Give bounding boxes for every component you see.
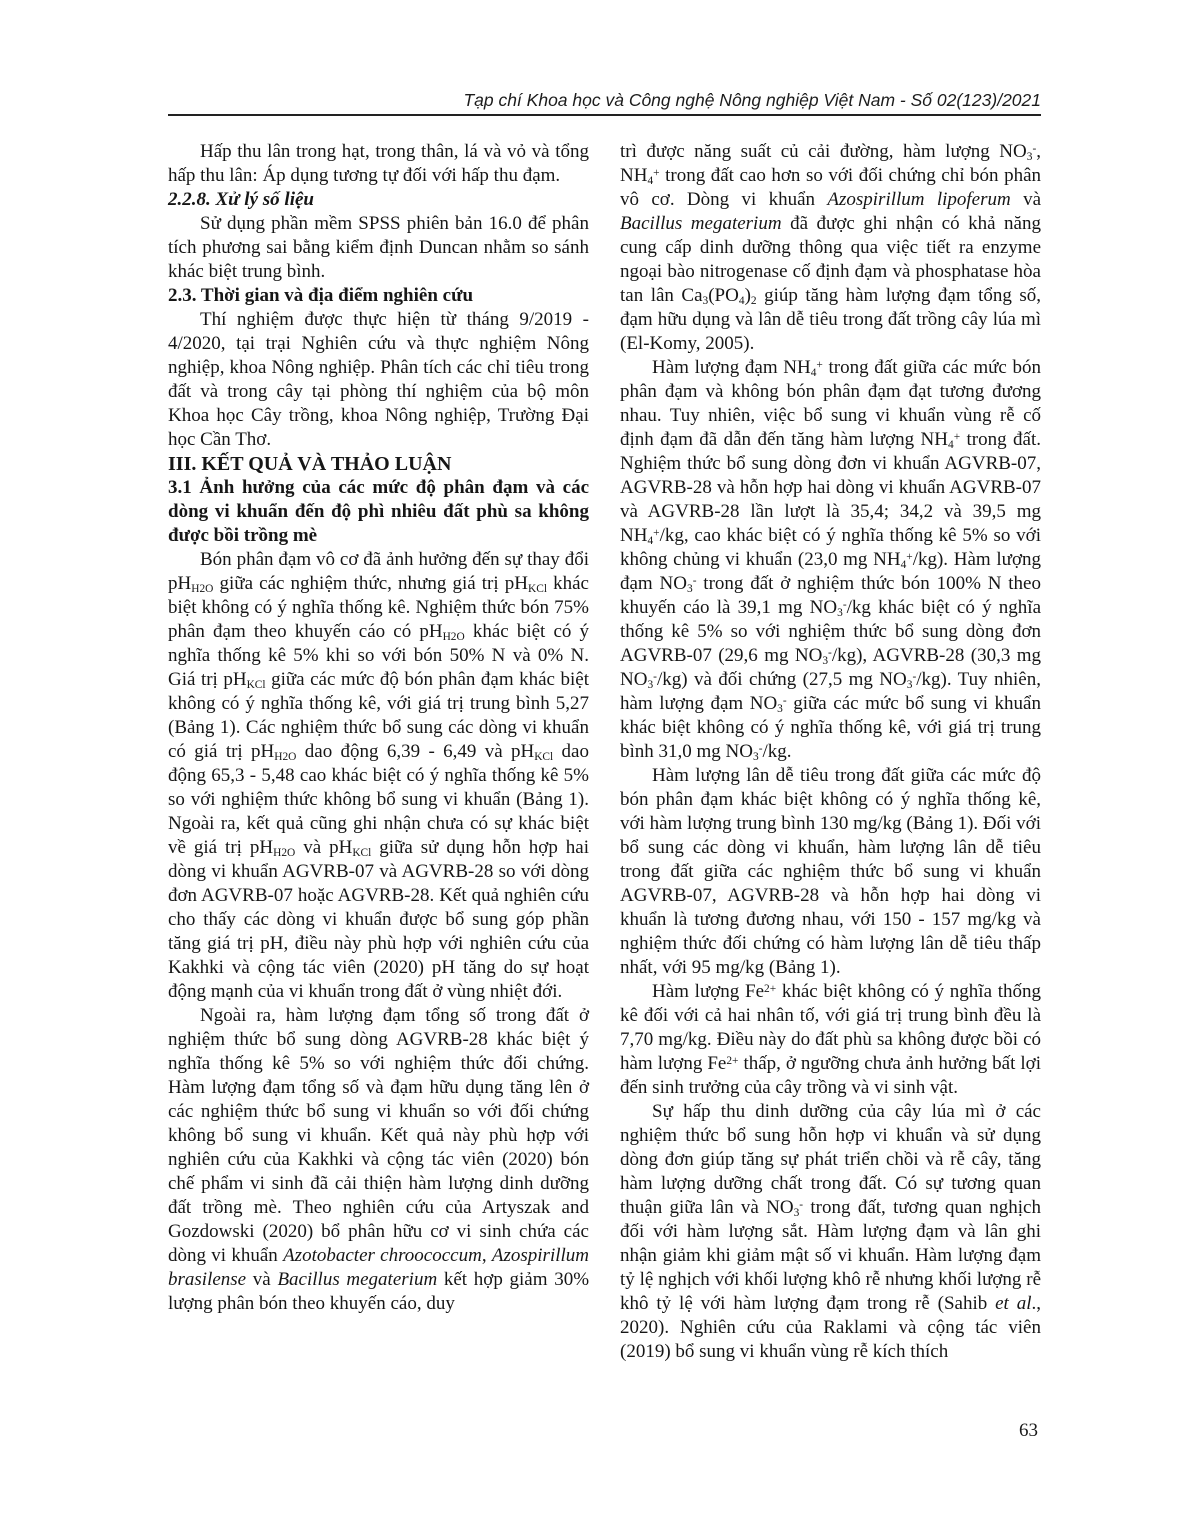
text-run: KCl [528, 583, 547, 595]
text-run: Sử dụng phần mềm SPSS phiên bản 16.0 để … [168, 213, 589, 282]
text-run: KCl [534, 751, 553, 763]
paragraph: Ngoài ra, hàm lượng đạm tổng số trong đấ… [168, 1004, 589, 1316]
paragraph: Hàm lượng đạm NH4+ trong đất giữa các mứ… [620, 356, 1041, 764]
left-column: Hấp thu lân trong hạt, trong thân, lá và… [168, 140, 589, 1364]
paragraph: Sử dụng phần mềm SPSS phiên bản 16.0 để … [168, 212, 589, 284]
text-run: KCl [247, 679, 266, 691]
text-run: (PO [708, 285, 739, 306]
text-run: Hấp thu lân trong hạt, trong thân, lá và… [168, 141, 589, 186]
text-run: giữa các nghiệm thức, nhưng giá trị pH [213, 573, 528, 594]
text-run: + [816, 359, 822, 371]
text-run: 2 [751, 295, 757, 307]
text-run: Hàm lượng lân dễ tiêu trong đất giữa các… [620, 765, 1041, 978]
text-run: + [954, 431, 960, 443]
text-run: - [799, 1199, 803, 1211]
text-run: 2+ [726, 1055, 738, 1067]
text-run: Hàm lượng Fe [652, 981, 764, 1002]
page-number: 63 [1019, 1420, 1038, 1442]
right-column: trì được năng suất củ cải đường, hàm lượ… [620, 140, 1041, 1364]
text-run: + [653, 167, 659, 179]
heading: III. KẾT QUẢ VÀ THẢO LUẬN [168, 452, 589, 476]
heading: 3.1 Ảnh hưởng của các mức độ phân đạm và… [168, 476, 589, 548]
text-run: 3 [687, 583, 693, 595]
text-run: trì được năng suất củ cải đường, hàm lượ… [620, 141, 1027, 162]
text-run: 3 [703, 295, 709, 307]
journal-page: Tạp chí Khoa học và Công nghệ Nông nghiệ… [0, 0, 1190, 1540]
paragraph: Thí nghiệm được thực hiện từ tháng 9/201… [168, 308, 589, 452]
text-run: H2O [443, 631, 465, 643]
header-rule [168, 114, 1041, 116]
text-run: và pH [295, 837, 352, 858]
paragraph: trì được năng suất củ cải đường, hàm lượ… [620, 140, 1041, 356]
text-run: KCl [352, 847, 371, 859]
text-run: 2.3. Thời gian và địa điểm nghiên cứu [168, 285, 473, 306]
text-run: - [693, 575, 697, 587]
text-run: , [482, 1245, 492, 1266]
text-run: Hàm lượng đạm NH [652, 357, 811, 378]
text-run: /kg. [763, 741, 792, 762]
content-columns: Hấp thu lân trong hạt, trong thân, lá và… [168, 140, 1041, 1364]
text-run: + [653, 527, 659, 539]
text-run: 2.2.8. Xử lý số liệu [168, 189, 314, 210]
journal-title: Tạp chí Khoa học và Công nghệ Nông nghiệ… [463, 90, 1041, 110]
text-run: 3.1 Ảnh hưởng của các mức độ phân đạm và… [168, 477, 589, 546]
text-run: + [906, 551, 912, 563]
paragraph: Hàm lượng Fe2+ khác biệt không có ý nghĩ… [620, 980, 1041, 1100]
text-run: giữa sử dụng hỗn hợp hai dòng vi khuẩn A… [168, 837, 589, 1002]
text-run: Azospirillum lipoferum [827, 189, 1010, 210]
text-run: 4 [948, 439, 954, 451]
text-run: - [653, 671, 657, 683]
paragraph: Hấp thu lân trong hạt, trong thân, lá và… [168, 140, 589, 188]
heading: 2.3. Thời gian và địa điểm nghiên cứu [168, 284, 589, 308]
heading: 2.2.8. Xử lý số liệu [168, 188, 589, 212]
text-run: - [912, 671, 916, 683]
text-run: 3 [837, 607, 843, 619]
text-run: ) [745, 285, 751, 306]
paragraph: Bón phân đạm vô cơ đã ảnh hưởng đến sự t… [168, 548, 589, 1004]
text-run: 2+ [764, 983, 776, 995]
text-run: Thí nghiệm được thực hiện từ tháng 9/201… [168, 309, 589, 450]
text-run: - [1032, 143, 1036, 155]
text-run: và [1011, 189, 1041, 210]
text-run: III. KẾT QUẢ VÀ THẢO LUẬN [168, 453, 451, 475]
text-run: Azotobacter chroococcum [283, 1245, 482, 1266]
page-header: Tạp chí Khoa học và Công nghệ Nông nghiệ… [168, 90, 1041, 111]
text-run: H2O [274, 751, 296, 763]
text-run: dao động 6,39 - 6,49 và pH [296, 741, 534, 762]
paragraph: Hàm lượng lân dễ tiêu trong đất giữa các… [620, 764, 1041, 980]
text-run: H2O [273, 847, 295, 859]
paragraph: Sự hấp thu dinh dưỡng của cây lúa mì ở c… [620, 1100, 1041, 1364]
text-run: - [759, 743, 763, 755]
text-run: và [246, 1269, 277, 1290]
text-run: - [828, 647, 832, 659]
text-run: 3 [753, 751, 759, 763]
text-run: Bacillus megaterium [620, 213, 782, 234]
text-run: /kg) và đối chứng (27,5 mg NO [657, 669, 907, 690]
text-run: - [843, 599, 847, 611]
text-run: 4 [739, 295, 745, 307]
text-run: et al [995, 1293, 1031, 1314]
text-run: Bacillus megaterium [277, 1269, 437, 1290]
text-run: Ngoài ra, hàm lượng đạm tổng số trong đấ… [168, 1005, 589, 1266]
text-run: - [783, 695, 787, 707]
text-run: H2O [191, 583, 213, 595]
